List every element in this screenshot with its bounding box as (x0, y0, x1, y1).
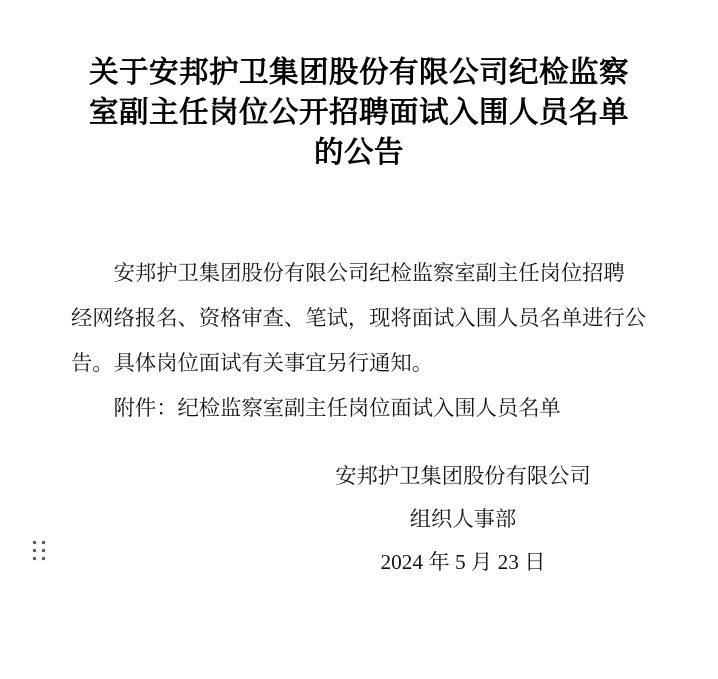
signature-block: 安邦护卫集团股份有限公司 组织人事部 2024 年 5 月 23 日 (328, 455, 598, 584)
document-title-line: 关于安邦护卫集团股份有限公司纪检监察 (0, 53, 718, 93)
body-text-line: 安邦护卫集团股份有限公司纪检监察室副主任岗位招聘 (71, 251, 648, 296)
drag-handle-icon[interactable] (33, 541, 45, 560)
signature-company: 安邦护卫集团股份有限公司 (328, 455, 598, 498)
document-title: 关于安邦护卫集团股份有限公司纪检监察 室副主任岗位公开招聘面试入围人员名单 的公… (0, 53, 718, 173)
signature-department: 组织人事部 (328, 498, 598, 541)
grip-dot (42, 557, 45, 560)
grip-dot (33, 549, 36, 552)
grip-dot (33, 557, 36, 560)
body-text-line: 经网络报名、资格审查、笔试，现将面试入围人员名单进行公 (71, 296, 648, 341)
grip-dot (42, 541, 45, 544)
document-title-line: 的公告 (0, 133, 718, 173)
attachment-line: 附件：纪检监察室副主任岗位面试入围人员名单 (71, 386, 648, 431)
document-title-line: 室副主任岗位公开招聘面试入围人员名单 (0, 93, 718, 133)
body-text-line: 告。具体岗位面试有关事宜另行通知。 (71, 341, 648, 386)
announcement-document-page: 关于安邦护卫集团股份有限公司纪检监察 室副主任岗位公开招聘面试入围人员名单 的公… (0, 0, 718, 679)
grip-dot (33, 541, 36, 544)
signature-date: 2024 年 5 月 23 日 (328, 541, 598, 584)
document-body: 安邦护卫集团股份有限公司纪检监察室副主任岗位招聘 经网络报名、资格审查、笔试，现… (71, 251, 648, 431)
grip-dot (42, 549, 45, 552)
